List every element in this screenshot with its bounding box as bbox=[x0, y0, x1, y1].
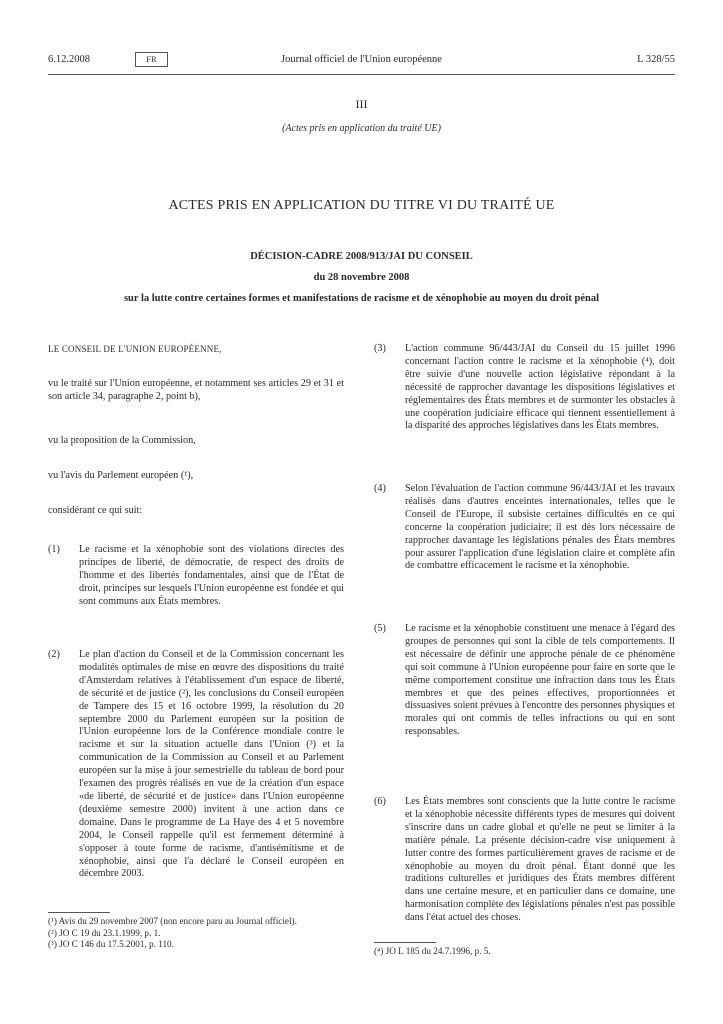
page-reference: L 328/55 bbox=[637, 54, 675, 65]
recital-text: Le racisme et la xénophobie sont des vio… bbox=[79, 544, 344, 609]
footnotes-right: (⁴) JO L 185 du 24.7.1996, p. 5. bbox=[374, 946, 674, 958]
footnote-3: (³) JO C 146 du 17.5.2001, p. 110. bbox=[48, 939, 348, 951]
footnotes-left: (¹) Avis du 29 novembre 2007 (non encore… bbox=[48, 916, 348, 951]
recital-number: (3) bbox=[374, 343, 386, 356]
journal-title: Journal officiel de l'Union européenne bbox=[48, 54, 675, 65]
recital-text: Le plan d'action du Conseil et de la Com… bbox=[79, 649, 344, 881]
decision-title: DÉCISION-CADRE 2008/913/JAI DU CONSEIL bbox=[0, 251, 723, 262]
preamble-treaty: vu le traité sur l'Union européenne, et … bbox=[48, 378, 344, 404]
recital-text: Le racisme et la xénophobie constituent … bbox=[405, 623, 675, 739]
right-column: (3) L'action commune 96/443/JAI du Conse… bbox=[374, 343, 675, 943]
section-number: III bbox=[0, 97, 723, 112]
footnote-1: (¹) Avis du 29 novembre 2007 (non encore… bbox=[48, 916, 348, 928]
preamble-proposal: vu la proposition de la Commission, bbox=[48, 435, 344, 448]
recital-number: (6) bbox=[374, 796, 386, 809]
footnote-divider bbox=[374, 942, 436, 943]
recital-text: L'action commune 96/443/JAI du Conseil d… bbox=[405, 343, 675, 433]
preamble-council: LE CONSEIL DE L'UNION EUROPÉENNE, bbox=[48, 343, 344, 356]
decision-subject: sur la lutte contre certaines formes et … bbox=[100, 292, 623, 305]
recital-text: Les États membres sont conscients que la… bbox=[405, 796, 675, 925]
footnote-4: (⁴) JO L 185 du 24.7.1996, p. 5. bbox=[374, 946, 674, 958]
preamble-opinion: vu l'avis du Parlement européen (¹), bbox=[48, 470, 344, 483]
recital-number: (2) bbox=[48, 649, 60, 662]
decision-date: du 28 novembre 2008 bbox=[0, 272, 723, 283]
preamble-whereas: considérant ce qui suit: bbox=[48, 505, 344, 518]
footnote-2: (²) JO C 19 du 23.1.1999, p. 1. bbox=[48, 928, 348, 940]
recital-number: (4) bbox=[374, 483, 386, 496]
page-header: 6.12.2008 FR Journal officiel de l'Union… bbox=[48, 52, 675, 75]
recital-number: (1) bbox=[48, 544, 60, 557]
left-column: LE CONSEIL DE L'UNION EUROPÉENNE, vu le … bbox=[48, 343, 344, 963]
section-subtitle: (Actes pris en application du traité UE) bbox=[0, 123, 723, 134]
main-title: ACTES PRIS EN APPLICATION DU TITRE VI DU… bbox=[0, 198, 723, 214]
footnote-divider bbox=[48, 912, 110, 913]
recital-text: Selon l'évaluation de l'action commune 9… bbox=[405, 483, 675, 573]
recital-number: (5) bbox=[374, 623, 386, 636]
